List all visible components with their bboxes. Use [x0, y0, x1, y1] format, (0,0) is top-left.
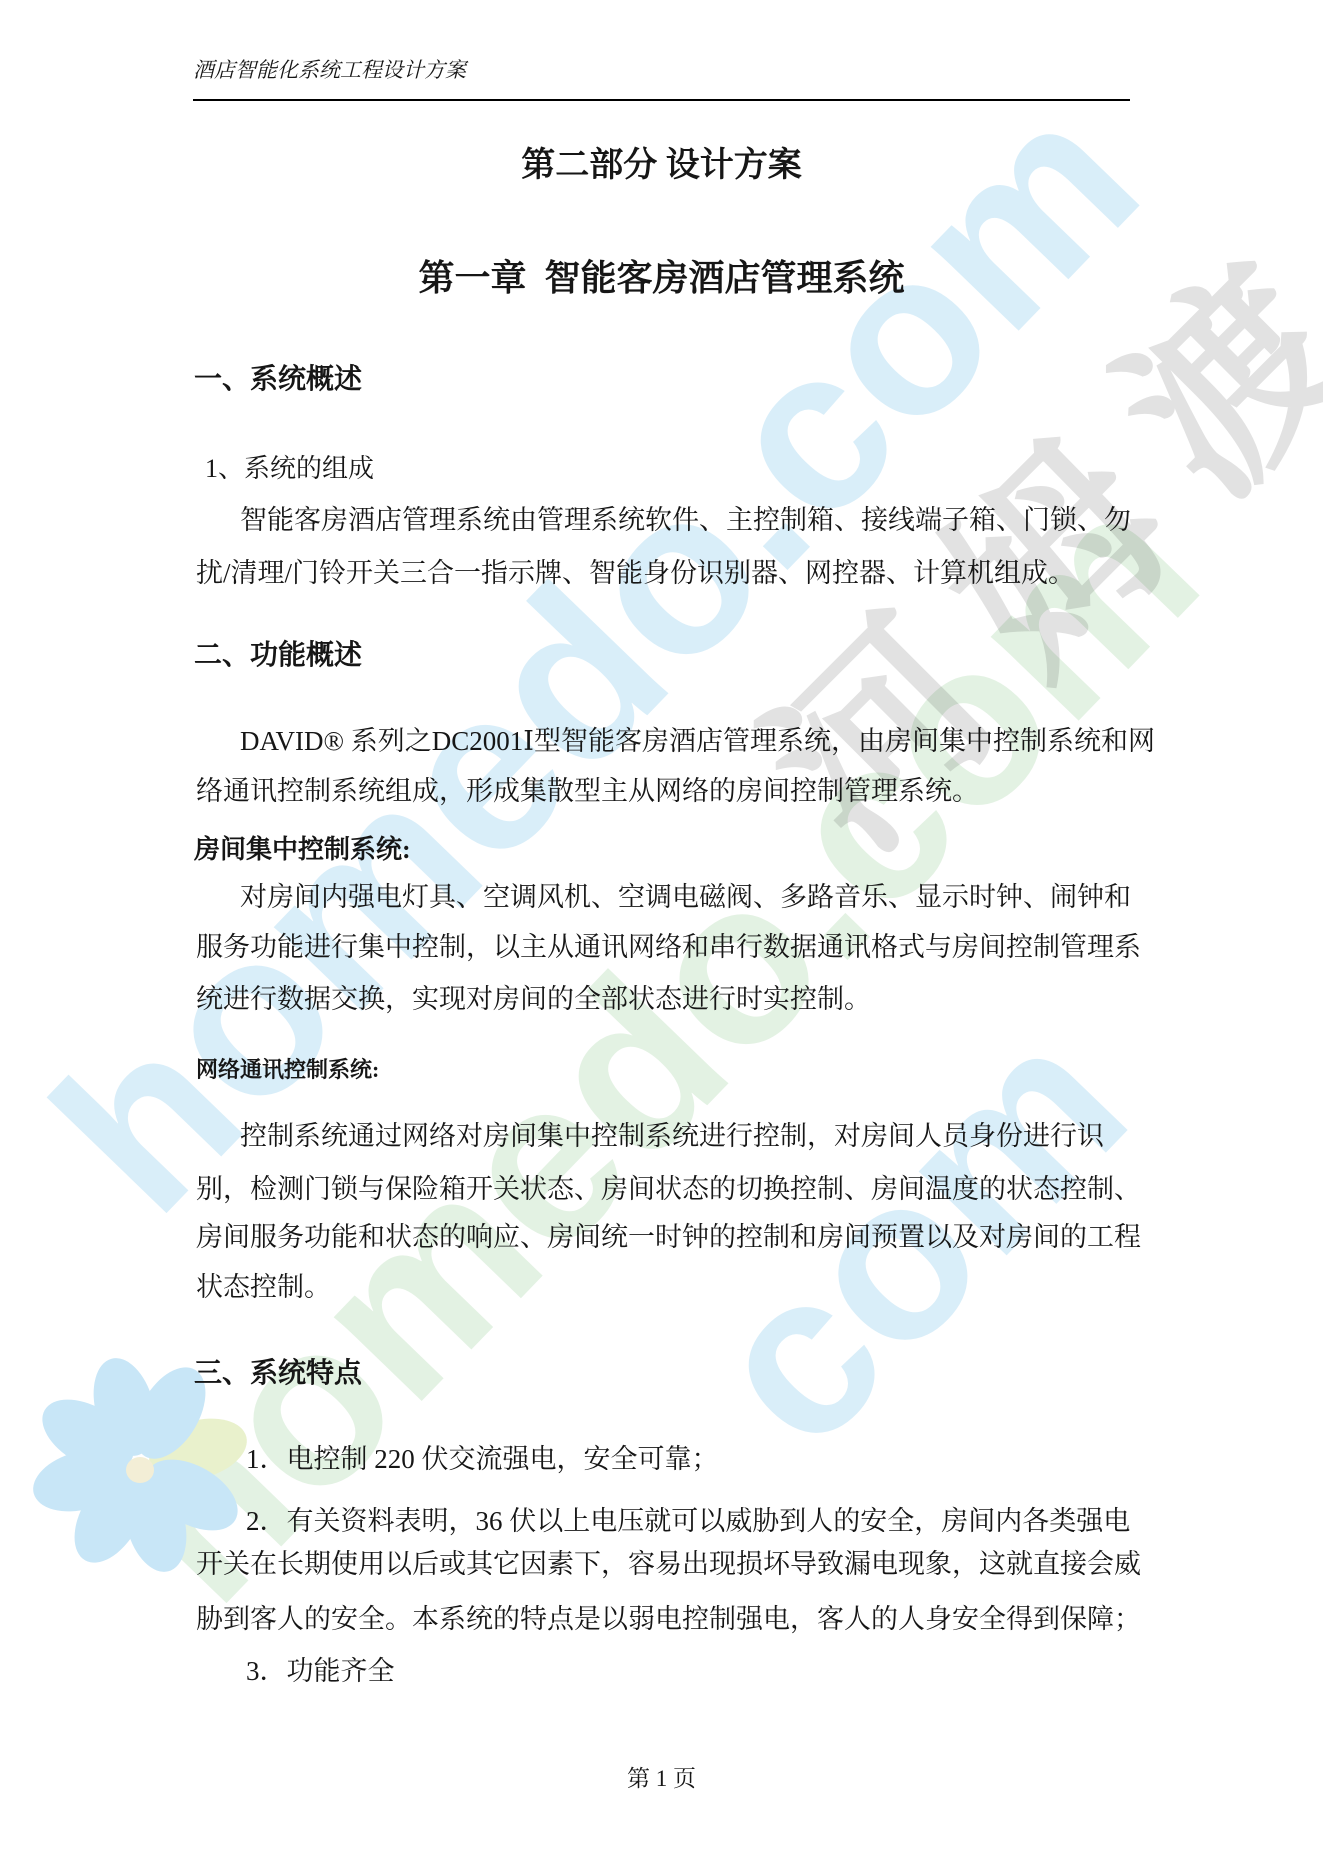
subsection-network-control-line: 房间服务功能和状态的响应、房间统一时钟的控制和房间预置以及对房间的工程 [196, 1222, 1141, 1253]
section-3-item: 胁到客人的安全。本系统的特点是以弱电控制强电，客人的人身安全得到保障； [196, 1604, 1141, 1635]
chapter-title: 第一章 智能客房酒店管理系统 [0, 258, 1323, 299]
section-3-item: 3．功能齐全 [246, 1656, 395, 1687]
section-1-para-line: 扰/清理/门铃开关三合一指示牌、智能身份识别器、网控器、计算机组成。 [196, 558, 1075, 589]
flower-petal [134, 1445, 250, 1545]
subsection-room-control-heading: 房间集中控制系统: [194, 835, 411, 865]
watermark-homedo-cyan: homedo.com [16, 60, 1176, 1249]
section-1-heading: 一、系统概述 [194, 364, 362, 396]
subsection-network-control-heading: 网络通讯控制系统: [196, 1057, 379, 1082]
page-header-title: 酒店智能化系统工程设计方案 [193, 58, 466, 82]
section-3-heading: 三、系统特点 [194, 1358, 362, 1390]
flower-petal [115, 1467, 197, 1579]
section-3-item: 开关在长期使用以后或其它因素下，容易出现损坏导致漏电现象，这就直接会威 [196, 1549, 1141, 1580]
flower-center [126, 1457, 154, 1483]
page-number: 第 1 页 [0, 1766, 1323, 1792]
header-rule [193, 99, 1130, 101]
section-2-para-line: 络通讯控制系统组成，形成集散型主从网络的房间控制管理系统。 [196, 776, 979, 807]
subsection-room-control-line: 统进行数据交换，实现对房间的全部状态进行时实控制。 [196, 984, 871, 1015]
section-3-item: 2．有关资料表明，36 伏以上电压就可以威胁到人的安全，房间内各类强电 [246, 1506, 1130, 1537]
section-3-item: 1．电控制 220 伏交流强电，安全可靠； [246, 1444, 719, 1475]
subsection-room-control-line: 服务功能进行集中控制，以主从通讯网络和串行数据通讯格式与房间控制管理系 [196, 932, 1141, 963]
subsection-room-control-line: 对房间内强电灯具、空调风机、空调电磁阀、多路音乐、显示时钟、闹钟和 [240, 882, 1131, 913]
section-2-heading: 二、功能概述 [194, 640, 362, 672]
flower-petal [30, 1385, 146, 1485]
flower-petal [26, 1440, 138, 1522]
subsection-network-control-line: 别，检测门锁与保险箱开关状态、房间状态的切换控制、房间温度的状态控制、 [196, 1174, 1141, 1205]
subsection-network-control-line: 控制系统通过网络对房间集中控制系统进行控制，对房间人员身份进行识 [240, 1121, 1104, 1152]
flower-petal [60, 1459, 160, 1575]
section-1-item: 1、系统的组成 [205, 454, 374, 484]
flower-petal [142, 1409, 254, 1491]
section-2-para-line: DAVID® 系列之DC2001Ⅰ型智能客房酒店管理系统，由房间集中控制系统和网 [240, 726, 1155, 757]
subsection-network-control-line: 状态控制。 [196, 1272, 331, 1303]
section-1-para-line: 智能客房酒店管理系统由管理系统软件、主控制箱、接线端子箱、门锁、勿 [240, 505, 1131, 536]
document-title: 第二部分 设计方案 [0, 146, 1323, 185]
document-page: homedo.com homedo.com com 河姆渡 酒店智能化系统工程设… [0, 0, 1323, 1871]
flower-petal [84, 1351, 166, 1463]
